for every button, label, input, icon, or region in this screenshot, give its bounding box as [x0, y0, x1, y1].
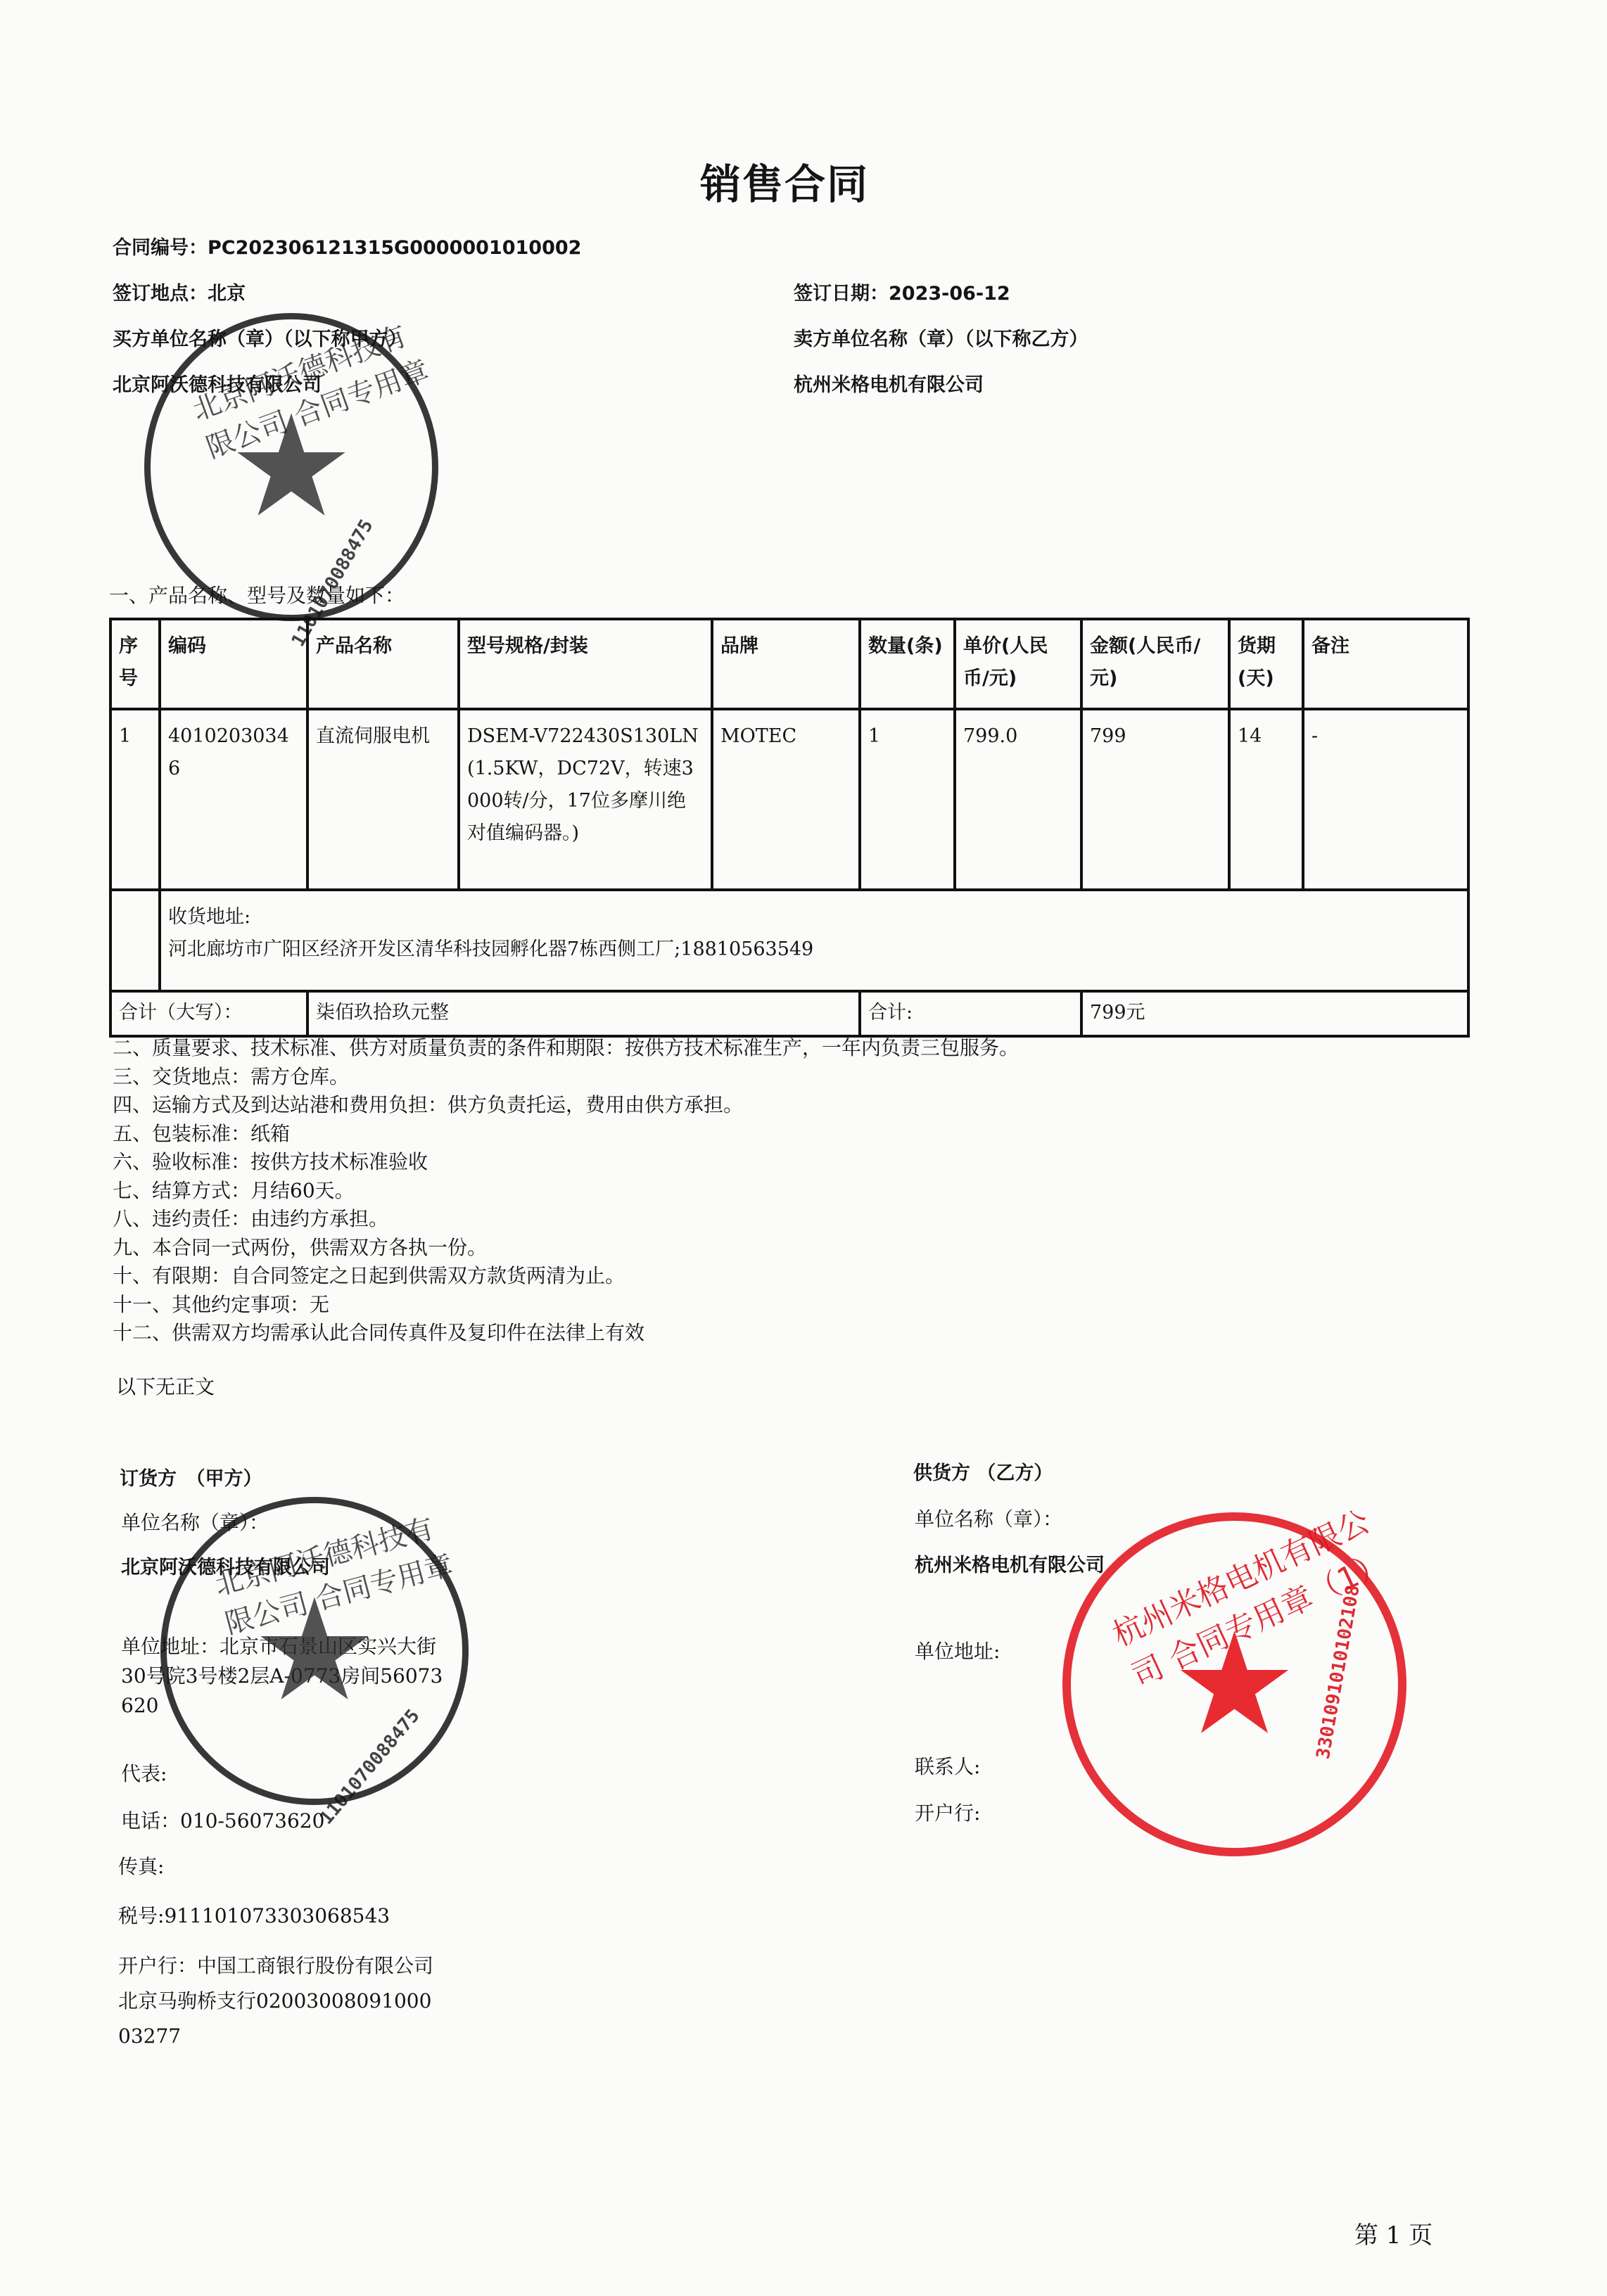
buyer-tax: 税号:911101073303068543 [118, 1901, 390, 1929]
term-item: 七、结算方式：月结60天。 [113, 1177, 1019, 1206]
cell-product: 直流伺服电机 [307, 709, 459, 890]
buyer-tax-value: 911101073303068543 [164, 1904, 390, 1927]
buyer-phone: 电话：010-56073620 [121, 1806, 324, 1834]
col-header-unit-price: 单价(人民币/元) [955, 619, 1081, 709]
signing-place-label: 签订地点： [113, 283, 208, 305]
total-upper-value: 柒佰玖拾玖元整 [307, 991, 860, 1036]
seller-address-label: 单位地址: [915, 1636, 1000, 1664]
contract-number-label: 合同编号： [113, 237, 208, 259]
cell-amount: 799 [1081, 709, 1229, 890]
section-1-title: 一、产品名称、型号及数量如下： [109, 580, 405, 608]
table-header-row: 序号 编码 产品名称 型号规格/封装 品牌 数量(条) 单价(人民币/元) 金额… [110, 619, 1468, 709]
signing-place-value: 北京 [208, 283, 246, 305]
cell-remark: - [1303, 709, 1468, 890]
delivery-address-value: 河北廊坊市广阳区经济开发区清华科技园孵化器7栋西侧工厂;18810563549 [168, 933, 1460, 966]
col-header-model: 型号规格/封装 [459, 619, 712, 709]
seller-label: 卖方单位名称（章）（以下称乙方） [794, 324, 1088, 351]
table-row: 1 40102030346 直流伺服电机 DSEM-V722430S130LN(… [110, 709, 1468, 890]
buyer-bank-label: 开户行： [118, 1954, 197, 1977]
buyer-tax-label: 税号: [118, 1904, 164, 1927]
seller-contact-label: 联系人: [915, 1752, 980, 1780]
document-title: 销售合同 [0, 151, 1569, 210]
cell-index: 1 [110, 709, 160, 890]
term-item: 八、违约责任：由违约方承担。 [113, 1205, 1019, 1234]
term-item: 十、有限期：自合同签定之日起到供需双方款货两清为止。 [113, 1262, 1019, 1291]
page-number: 第 1 页 [1354, 2216, 1433, 2250]
seller-company-seal: ★ 杭州米格电机有限公司 合同专用章（1） 3301091010102108 [1062, 1512, 1406, 1856]
contract-number: 合同编号：PC202306121315G0000001010002 [113, 232, 581, 260]
signing-place: 签订地点：北京 [113, 278, 246, 305]
buyer-company-seal-bottom: ★ 北京阿沃德科技有限公司 合同专用章 1101070088475 [160, 1497, 469, 1805]
col-header-remark: 备注 [1303, 619, 1468, 709]
col-header-code: 编码 [160, 619, 307, 709]
delivery-address-label: 收货地址: [168, 901, 1460, 933]
cell-quantity: 1 [860, 709, 955, 890]
contract-number-value: PC202306121315G0000001010002 [208, 237, 581, 259]
term-item: 三、交货地点：需方仓库。 [113, 1063, 1019, 1092]
seller-name-label: 单位名称（章）： [915, 1504, 1062, 1532]
total-label: 合计: [860, 991, 1081, 1036]
cell-code: 40102030346 [160, 709, 307, 890]
total-value: 799元 [1081, 991, 1468, 1036]
contract-terms: 二、质量要求、技术标准、供方对质量负责的条件和期限：按供方技术标准生产，一年内负… [113, 1034, 1019, 1348]
term-item: 四、运输方式及到达站港和费用负担：供方负责托运，费用由供方承担。 [113, 1091, 1019, 1120]
buyer-company-seal-top: ★ 北京阿沃德科技有限公司 合同专用章 1101070088475 [144, 313, 438, 621]
buyer-phone-value: 010-56073620 [180, 1809, 324, 1832]
buyer-block-title: 订货方 （甲方） [120, 1463, 262, 1491]
term-item: 九、本合同一式两份，供需双方各执一份。 [113, 1234, 1019, 1263]
term-item: 五、包装标准：纸箱 [113, 1120, 1019, 1149]
cell-model: DSEM-V722430S130LN(1.5KW，DC72V，转速3000转/分… [459, 709, 712, 890]
buyer-bank: 开户行：中国工商银行股份有限公司北京马驹桥支行02003008091000032… [118, 1949, 435, 2054]
term-item: 十一、其他约定事项：无 [113, 1291, 1019, 1320]
cell-unit-price: 799.0 [955, 709, 1081, 890]
delivery-address-row: 收货地址: 河北廊坊市广阳区经济开发区清华科技园孵化器7栋西侧工厂;188105… [110, 890, 1468, 991]
end-note: 以下无正文 [116, 1372, 215, 1400]
col-header-lead-time: 货期(天) [1229, 619, 1303, 709]
col-header-quantity: 数量(条) [860, 619, 955, 709]
term-item: 十二、供需双方均需承认此合同传真件及复印件在法律上有效 [113, 1319, 1019, 1348]
seller-name: 杭州米格电机有限公司 [794, 369, 984, 397]
buyer-phone-label: 电话： [121, 1809, 180, 1832]
buyer-fax-label: 传真: [118, 1851, 164, 1880]
col-header-amount: 金额(人民币/元) [1081, 619, 1229, 709]
seller-block-name: 杭州米格电机有限公司 [915, 1550, 1105, 1577]
seller-block-title: 供货方 （乙方） [913, 1458, 1053, 1485]
col-header-brand: 品牌 [712, 619, 860, 709]
term-item: 六、验收标准：按供方技术标准验收 [113, 1148, 1019, 1177]
signing-date: 签订日期：2023-06-12 [794, 278, 1010, 305]
seller-bank-label: 开户行: [915, 1798, 980, 1826]
total-upper-label: 合计（大写）： [110, 991, 307, 1036]
total-row: 合计（大写）： 柒佰玖拾玖元整 合计: 799元 [110, 991, 1468, 1036]
col-header-index: 序号 [110, 619, 160, 709]
col-header-product: 产品名称 [307, 619, 459, 709]
signing-date-value: 2023-06-12 [889, 283, 1010, 305]
term-item: 二、质量要求、技术标准、供方对质量负责的条件和期限：按供方技术标准生产，一年内负… [113, 1034, 1019, 1063]
cell-lead-time: 14 [1229, 709, 1303, 890]
delivery-address-cell: 收货地址: 河北廊坊市广阳区经济开发区清华科技园孵化器7栋西侧工厂;188105… [160, 890, 1468, 991]
cell-brand: MOTEC [712, 709, 860, 890]
signing-date-label: 签订日期： [794, 283, 889, 305]
buyer-rep-label: 代表: [121, 1759, 167, 1787]
product-table: 序号 编码 产品名称 型号规格/封装 品牌 数量(条) 单价(人民币/元) 金额… [109, 618, 1470, 1038]
